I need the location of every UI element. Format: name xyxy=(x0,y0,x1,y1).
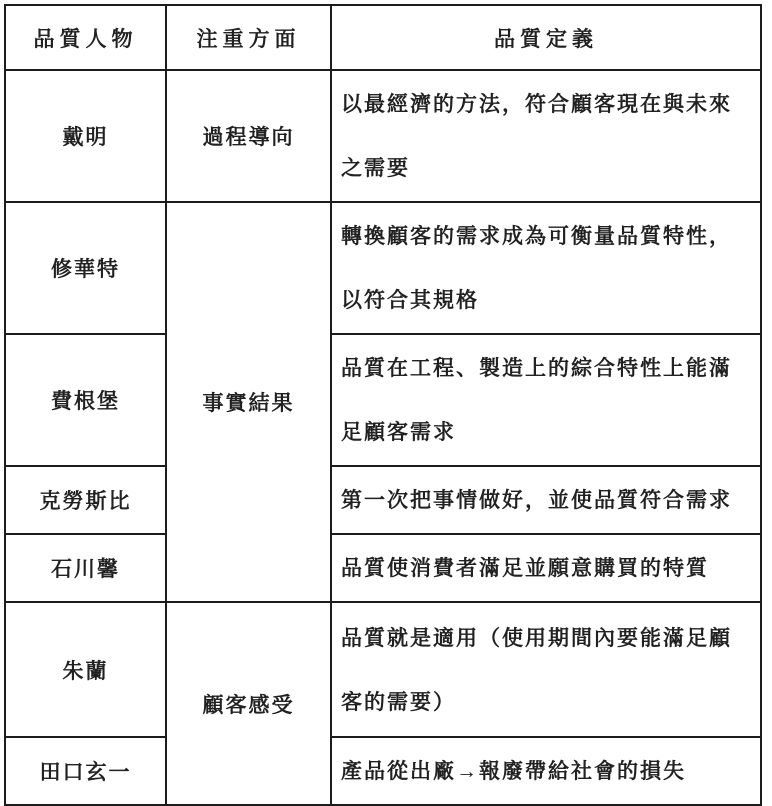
table-row: 田口玄一 產品從出廠→報廢帶給社會的損失 xyxy=(5,737,761,805)
definition-text: 以符合其規格 xyxy=(341,268,756,332)
table-row: 石川馨 品質使消費者滿足並願意購買的特質 xyxy=(5,534,761,602)
header-person: 品質人物 xyxy=(5,5,166,70)
person-name: 戴明 xyxy=(5,70,166,202)
definition-text: 品質使消費者滿足並願意購買的特質 xyxy=(341,536,756,600)
person-name: 費根堡 xyxy=(5,334,166,466)
aspect-cell: 顧客感受 xyxy=(166,602,331,805)
aspect-cell: 過程導向 xyxy=(166,70,331,202)
table-row: 修華特 事實結果 轉換顧客的需求成為可衡量品質特性， 以符合其規格 xyxy=(5,202,761,334)
person-name: 修華特 xyxy=(5,202,166,334)
definition-text: 品質在工程、製造上的綜合特性上能滿 xyxy=(341,336,756,400)
table-row: 費根堡 品質在工程、製造上的綜合特性上能滿 足顧客需求 xyxy=(5,334,761,466)
definition-cell: 以最經濟的方法，符合顧客現在與未來 之需要 xyxy=(331,70,761,202)
person-name: 朱蘭 xyxy=(5,602,166,737)
person-name: 田口玄一 xyxy=(5,737,166,805)
definition-cell: 品質使消費者滿足並願意購買的特質 xyxy=(331,534,761,602)
quality-definitions-table: 品質人物 注重方面 品質定義 戴明 過程導向 以最經濟的方法，符合顧客現在與未來… xyxy=(4,4,762,806)
definition-text: 客的需要） xyxy=(341,670,756,734)
definition-text: 足顧客需求 xyxy=(341,400,756,464)
table-header-row: 品質人物 注重方面 品質定義 xyxy=(5,5,761,70)
header-definition: 品質定義 xyxy=(331,5,761,70)
definition-text: 品質就是適用（使用期間內要能滿足顧 xyxy=(341,606,756,670)
definition-cell: 產品從出廠→報廢帶給社會的損失 xyxy=(331,737,761,805)
person-name: 克勞斯比 xyxy=(5,466,166,534)
definition-text: 轉換顧客的需求成為可衡量品質特性， xyxy=(341,204,756,268)
table-row: 朱蘭 顧客感受 品質就是適用（使用期間內要能滿足顧 客的需要） xyxy=(5,602,761,737)
definition-cell: 第一次把事情做好，並使品質符合需求 xyxy=(331,466,761,534)
table-row: 克勞斯比 第一次把事情做好，並使品質符合需求 xyxy=(5,466,761,534)
definition-text: 產品從出廠→報廢帶給社會的損失 xyxy=(341,739,756,803)
document-page: 品質人物 注重方面 品質定義 戴明 過程導向 以最經濟的方法，符合顧客現在與未來… xyxy=(0,0,772,800)
definition-text: 以最經濟的方法，符合顧客現在與未來 xyxy=(341,72,756,136)
header-aspect: 注重方面 xyxy=(166,5,331,70)
definition-text: 第一次把事情做好，並使品質符合需求 xyxy=(341,468,756,532)
person-name: 石川馨 xyxy=(5,534,166,602)
table-row: 戴明 過程導向 以最經濟的方法，符合顧客現在與未來 之需要 xyxy=(5,70,761,202)
definition-text: 之需要 xyxy=(341,136,756,200)
definition-cell: 轉換顧客的需求成為可衡量品質特性， 以符合其規格 xyxy=(331,202,761,334)
definition-cell: 品質在工程、製造上的綜合特性上能滿 足顧客需求 xyxy=(331,334,761,466)
aspect-cell: 事實結果 xyxy=(166,202,331,602)
definition-cell: 品質就是適用（使用期間內要能滿足顧 客的需要） xyxy=(331,602,761,737)
